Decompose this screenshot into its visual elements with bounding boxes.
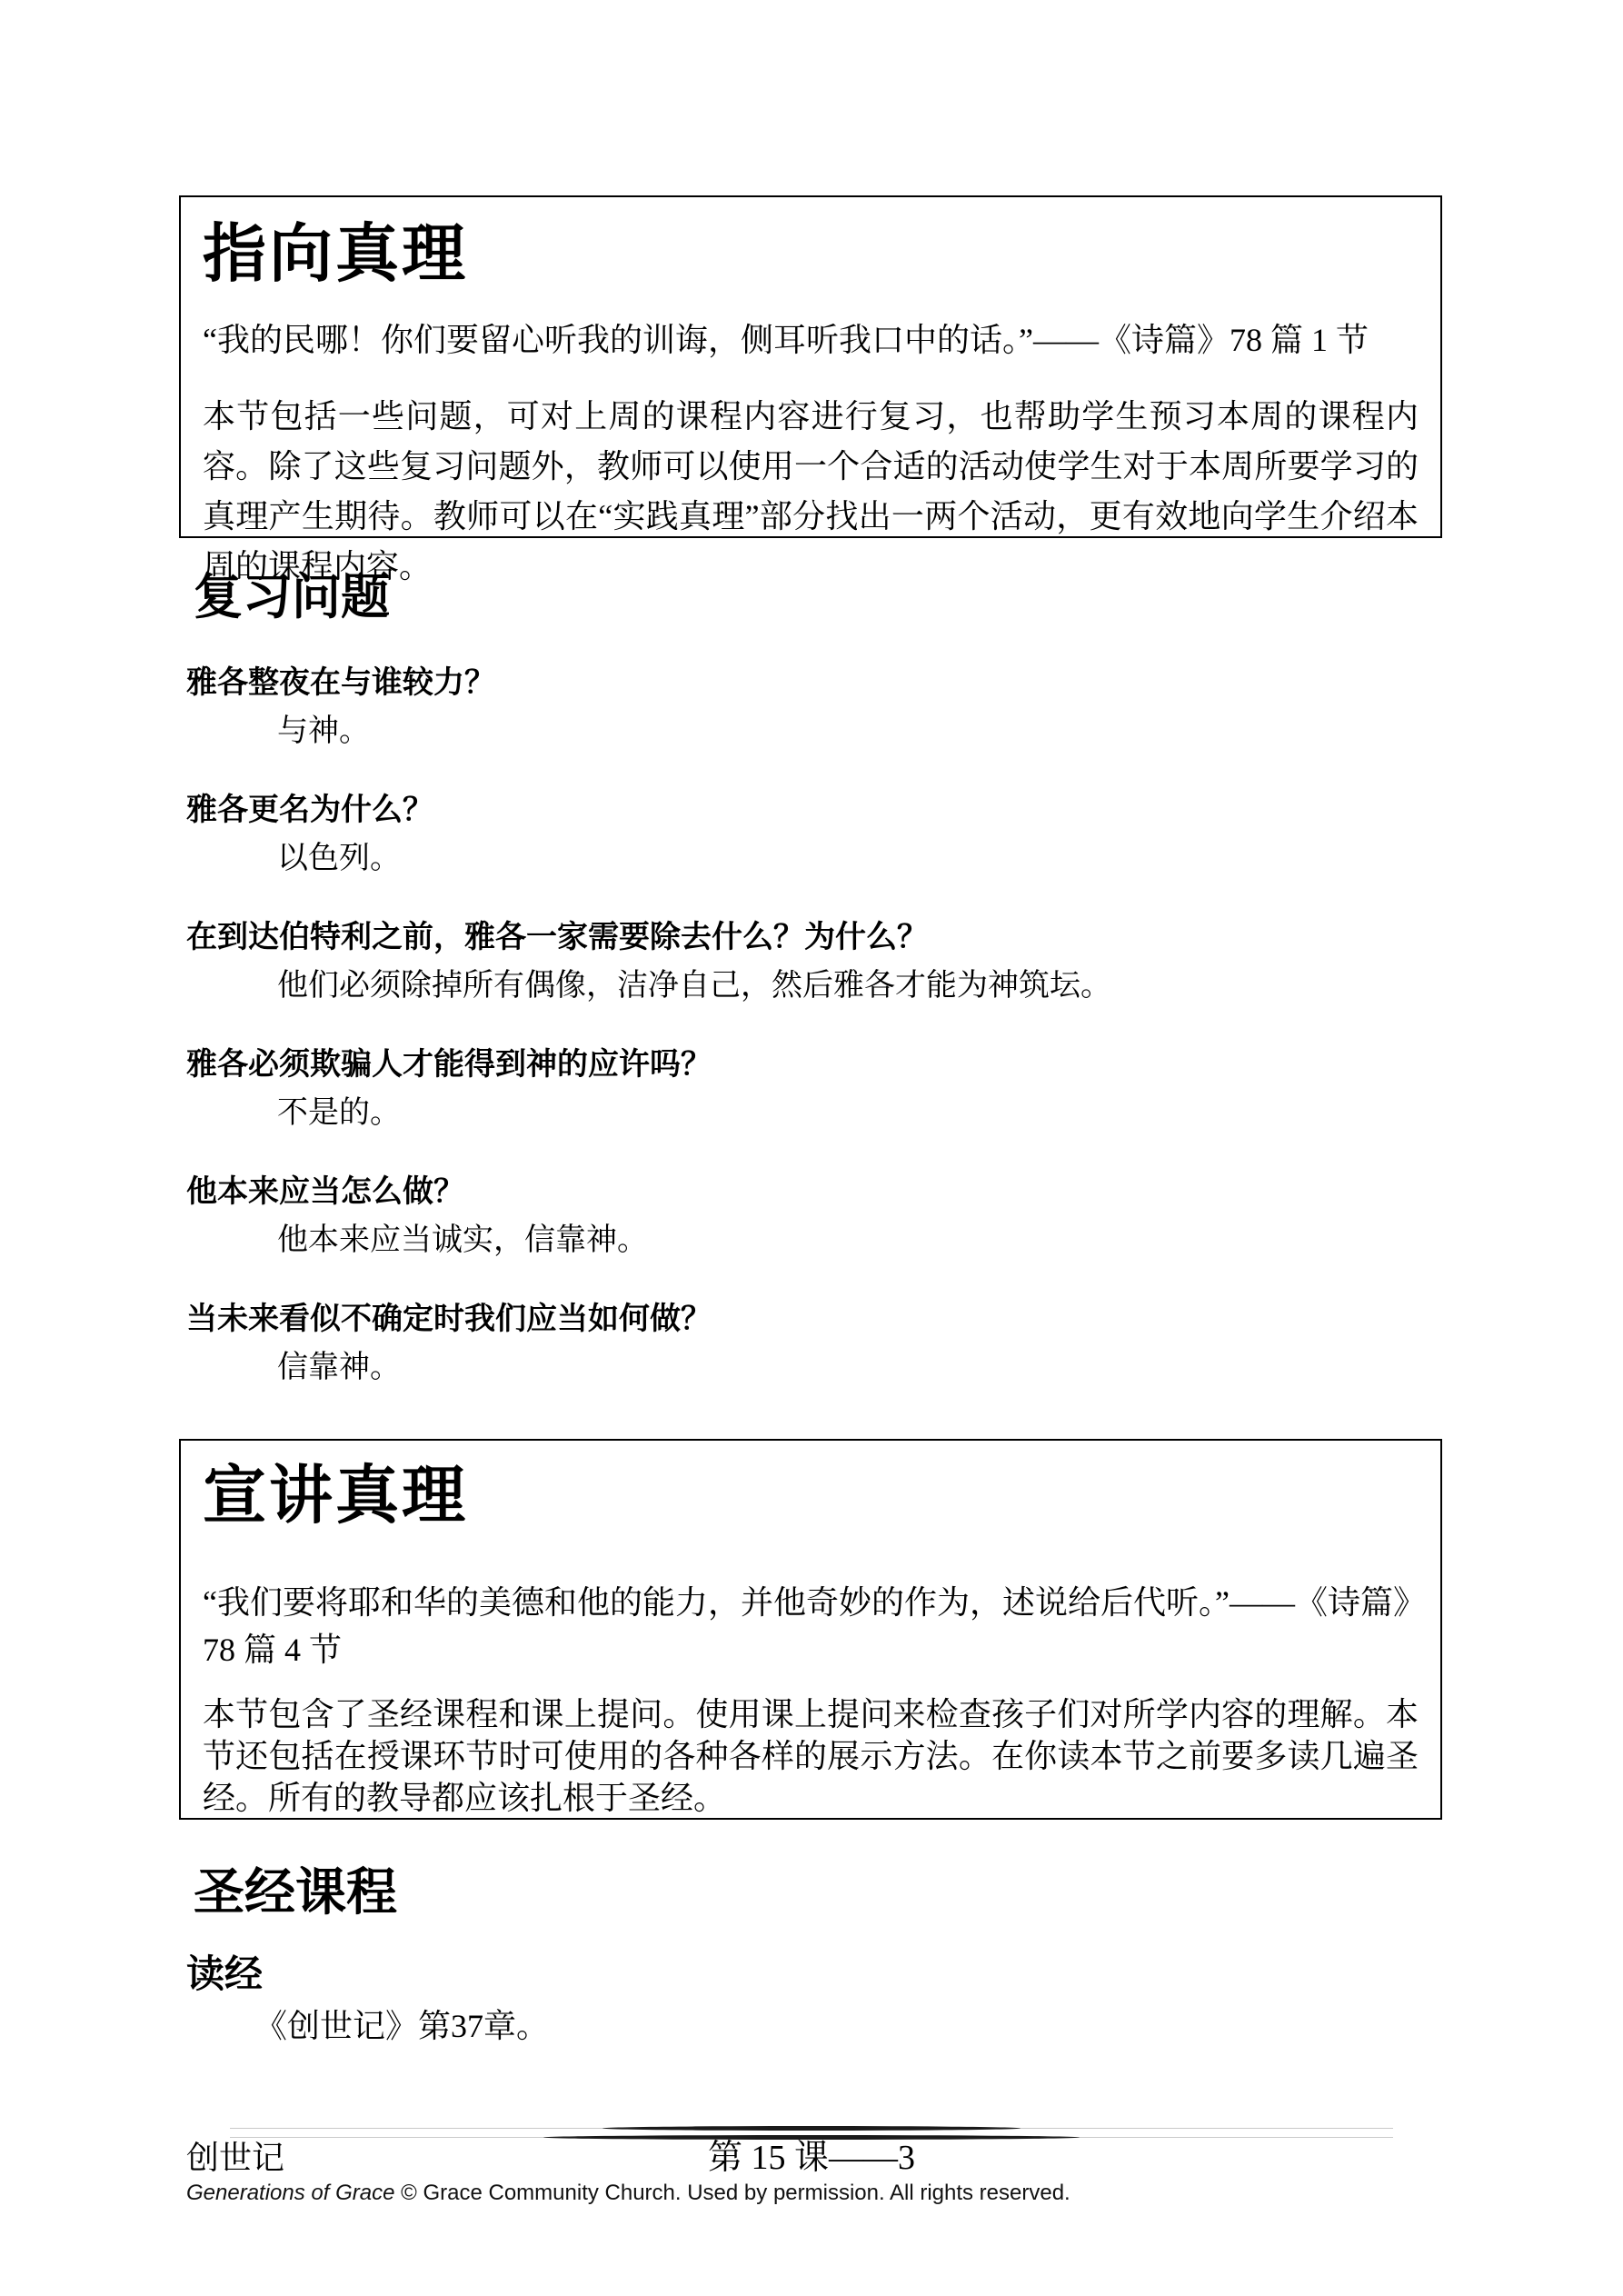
question-text: 雅各必须欺骗人才能得到神的应许吗？ xyxy=(186,1045,1440,1085)
pointing-to-truth-title: 指向真理 xyxy=(203,212,1419,299)
qa-item: 雅各更名为什么？ 以色列。 xyxy=(186,791,1440,878)
question-text: 他本来应当怎么做？ xyxy=(186,1173,1440,1213)
copyright-series-name: Generations of Grace xyxy=(186,2181,394,2205)
answer-text: 他们必须除掉所有偶像，洁净自己，然后雅各才能为神筑坛。 xyxy=(186,965,1440,1005)
review-questions-heading: 复习问题 xyxy=(194,565,390,629)
question-text: 在到达伯特利之前，雅各一家需要除去什么？为什么？ xyxy=(186,918,1440,958)
question-text: 当未来看似不确定时我们应当如何做？ xyxy=(186,1300,1440,1340)
bible-lesson-heading: 圣经课程 xyxy=(194,1862,397,1925)
question-text: 雅各整夜在与谁较力？ xyxy=(186,664,1440,704)
answer-text: 以色列。 xyxy=(186,838,1440,878)
copyright-text: © Grace Community Church. Used by permis… xyxy=(394,2181,1070,2205)
qa-item: 雅各必须欺骗人才能得到神的应许吗？ 不是的。 xyxy=(186,1045,1440,1133)
review-questions-list: 雅各整夜在与谁较力？ 与神。 雅各更名为什么？ 以色列。 在到达伯特利之前，雅各… xyxy=(186,664,1440,1427)
divider-taper-line xyxy=(602,2126,1021,2131)
qa-item: 雅各整夜在与谁较力？ 与神。 xyxy=(186,664,1440,751)
pointing-to-truth-box: 指向真理 “我的民哪！你们要留心听我的训诲，侧耳听我口中的话。”——《诗篇》78… xyxy=(179,195,1442,538)
proclaiming-truth-description: 本节包含了圣经课程和课上提问。使用课上提问来检查孩子们对所学内容的理解。本节还包… xyxy=(203,1693,1419,1819)
proclaiming-truth-title: 宣讲真理 xyxy=(203,1453,1419,1541)
scripture-reading-subheading: 读经 xyxy=(186,1951,263,2000)
proclaiming-truth-verse: “我们要将耶和华的美德和他的能力，并他奇妙的作为，述说给后代听。”——《诗篇》7… xyxy=(203,1579,1419,1673)
qa-item: 在到达伯特利之前，雅各一家需要除去什么？为什么？ 他们必须除掉所有偶像，洁净自己… xyxy=(186,918,1440,1005)
qa-item: 当未来看似不确定时我们应当如何做？ 信靠神。 xyxy=(186,1300,1440,1387)
answer-text: 他本来应当诚实，信靠神。 xyxy=(186,1220,1440,1260)
answer-text: 不是的。 xyxy=(186,1093,1440,1133)
footer-page-number: 第 15 课——3 xyxy=(0,2138,1623,2178)
question-text: 雅各更名为什么？ xyxy=(186,791,1440,831)
answer-text: 与神。 xyxy=(186,711,1440,751)
scripture-reading-reference: 《创世记》第37章。 xyxy=(254,2005,549,2047)
qa-item: 他本来应当怎么做？ 他本来应当诚实，信靠神。 xyxy=(186,1173,1440,1260)
answer-text: 信靠神。 xyxy=(186,1347,1440,1387)
pointing-to-truth-description: 本节包括一些问题，可对上周的课程内容进行复习，也帮助学生预习本周的课程内容。除了… xyxy=(203,392,1419,592)
pointing-to-truth-verse: “我的民哪！你们要留心听我的训诲，侧耳听我口中的话。”——《诗篇》78 篇 1 … xyxy=(203,319,1419,361)
copyright-line: Generations of Grace © Grace Community C… xyxy=(186,2180,1070,2207)
proclaiming-truth-box: 宣讲真理 “我们要将耶和华的美德和他的能力，并他奇妙的作为，述说给后代听。”——… xyxy=(179,1439,1442,1820)
